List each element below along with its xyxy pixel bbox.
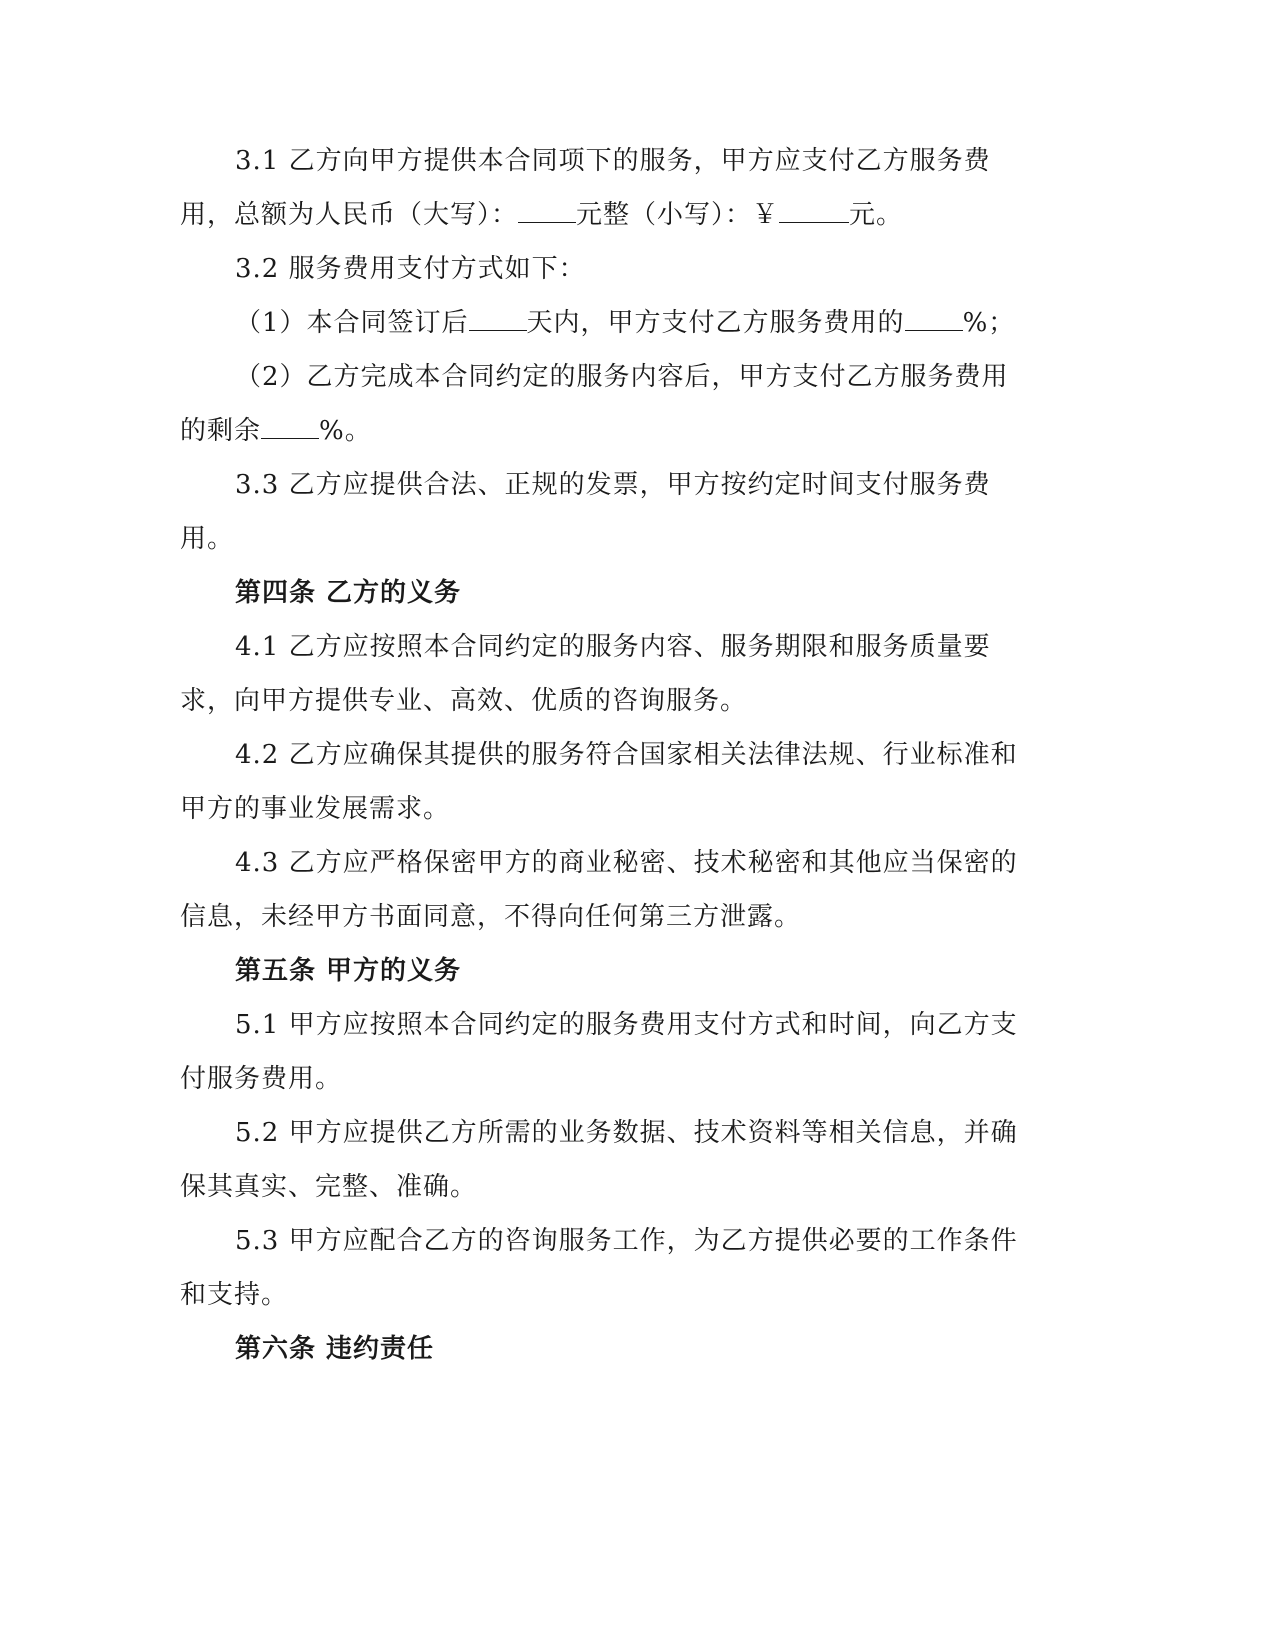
clause-4-2: 4.2 乙方应确保其提供的服务符合国家相关法律法规、行业标准和甲方的事业发展需求… xyxy=(180,728,1030,836)
document-page: 3.1 乙方向甲方提供本合同项下的服务，甲方应支付乙方服务费用，总额为人民币（大… xyxy=(180,134,1030,1376)
article-4-heading: 第四条 乙方的义务 xyxy=(180,566,1030,620)
payment-item-2: （2）乙方完成本合同约定的服务内容后，甲方支付乙方服务费用的剩余%。 xyxy=(180,350,1030,458)
blank-percent-remaining xyxy=(261,416,319,439)
payment-item-2-text-b: %。 xyxy=(319,416,372,446)
clause-3-1-text-b: 元整（小写）：￥ xyxy=(576,200,779,230)
clause-3-1: 3.1 乙方向甲方提供本合同项下的服务，甲方应支付乙方服务费用，总额为人民币（大… xyxy=(180,134,1030,242)
clause-4-1: 4.1 乙方应按照本合同约定的服务内容、服务期限和服务质量要求，向甲方提供专业、… xyxy=(180,620,1030,728)
blank-percent-first xyxy=(905,308,963,331)
payment-item-1: （1）本合同签订后天内，甲方支付乙方服务费用的%； xyxy=(180,296,1030,350)
article-5-heading: 第五条 甲方的义务 xyxy=(180,944,1030,998)
clause-3-2: 3.2 服务费用支付方式如下： xyxy=(180,242,1030,296)
clause-4-3: 4.3 乙方应严格保密甲方的商业秘密、技术秘密和其他应当保密的信息，未经甲方书面… xyxy=(180,836,1030,944)
payment-item-1-text-b: 天内，甲方支付乙方服务费用的 xyxy=(527,308,905,338)
clause-5-3: 5.3 甲方应配合乙方的咨询服务工作，为乙方提供必要的工作条件和支持。 xyxy=(180,1214,1030,1322)
payment-item-1-text-a: （1）本合同签订后 xyxy=(235,308,469,338)
clause-3-3: 3.3 乙方应提供合法、正规的发票，甲方按约定时间支付服务费用。 xyxy=(180,458,1030,566)
payment-item-1-text-c: %； xyxy=(963,308,1016,338)
blank-amount-uppercase xyxy=(518,200,576,223)
clause-5-2: 5.2 甲方应提供乙方所需的业务数据、技术资料等相关信息，并确保其真实、完整、准… xyxy=(180,1106,1030,1214)
blank-days xyxy=(469,308,527,331)
clause-5-1: 5.1 甲方应按照本合同约定的服务费用支付方式和时间，向乙方支付服务费用。 xyxy=(180,998,1030,1106)
article-6-heading: 第六条 违约责任 xyxy=(180,1322,1030,1376)
clause-3-1-text-c: 元。 xyxy=(849,200,903,230)
blank-amount-numeric xyxy=(779,200,849,223)
